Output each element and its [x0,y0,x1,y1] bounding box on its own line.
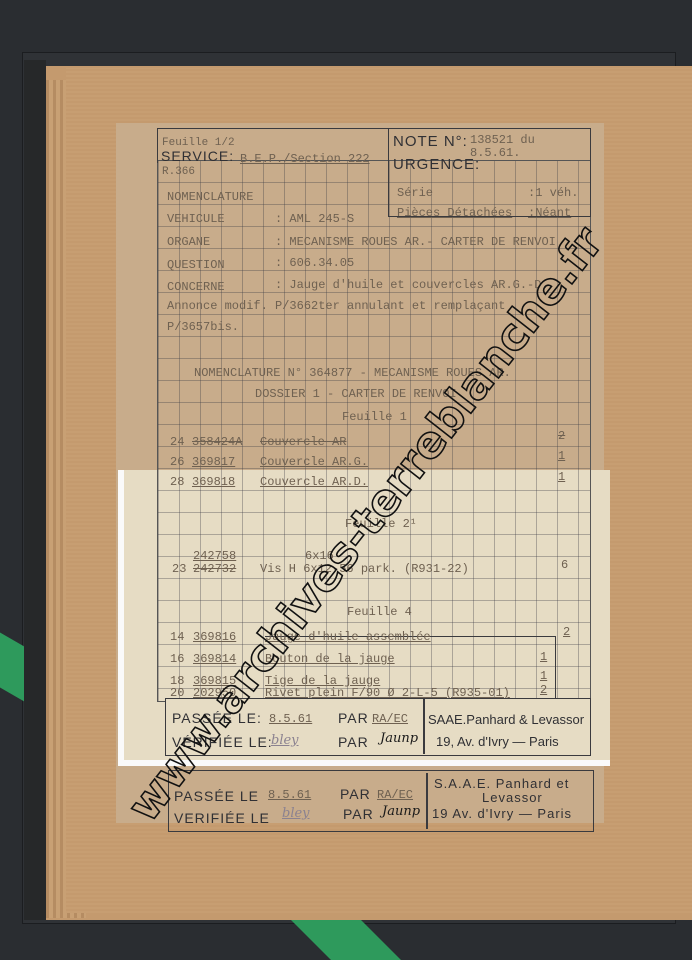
row-pos: 14 [170,630,184,644]
row-pos: 23 [172,562,186,576]
par2-label: PAR [338,734,369,750]
row-pos: 28 [170,475,184,489]
row-qty: 6 [561,558,568,572]
field-label: QUESTION [167,258,225,272]
pieces-label: Pièces Détachées [397,206,512,220]
field-value: : MECANISME ROUES AR.- CARTER DE RENVOI [275,235,556,249]
par-value: RA/EC [372,712,408,726]
service-label: SERVICE: [161,148,234,164]
company-line1: SAAE.Panhard & Levassor [428,712,584,727]
row-qty: 1 [540,650,547,664]
annonce-line2: P/3657bis. [167,320,239,334]
row-desc: Couvercle AR.G. [260,455,368,469]
passee-value: 8.5.61 [269,712,312,726]
company-line3: 19 Av. d'Ivry — Paris [432,806,572,821]
company-line2: Levassor [482,790,543,805]
row-qty: 1 [540,669,547,683]
row-desc: Couvercle AR.D. [260,475,368,489]
field-label: CONCERNE [167,280,225,294]
footer-back-divider [426,773,428,829]
annonce-line1: Annonce modif. P/3662ter annulant et rem… [167,299,505,313]
section-title: Feuille 4 [347,605,412,619]
binder-spine [24,60,46,920]
note-value: 138521 du [470,133,535,147]
row-ref: 369818 [192,475,235,489]
row-pos: 24 [170,435,184,449]
field-label: NOMENCLATURE [167,190,253,204]
row-ref: 242732 [193,562,236,576]
row-ref: 358424A [192,435,242,449]
green-stripe-bottom [289,918,401,960]
verifiee-value: bley [271,733,299,748]
serie-value: :1 véh. [528,186,578,200]
field-label: ORGANE [167,235,210,249]
row-desc: Couvercle AR [260,435,346,449]
serie-label: Série [397,186,433,200]
row-ref: 369816 [193,630,236,644]
row-qty: 1 [558,449,565,463]
row-pos: 26 [170,455,184,469]
row-qty: 1 [558,470,565,484]
field-value: : 606.34.05 [275,256,354,270]
nomenclature-line2: DOSSIER 1 - CARTER DE RENVOI [255,387,457,401]
section-title: Feuille 1 [342,410,407,424]
row-pos: 16 [170,652,184,666]
row-qty: 2 [563,625,570,639]
reference-number: R.366 [162,166,195,178]
verifiee-label: VERIFIÉE LE [174,810,270,826]
urgence-label: URGENCE: [393,156,480,173]
field-label: VEHICULE [167,212,225,226]
field-value: : AML 245-S [275,212,354,226]
company-line1: S.A.A.E. Panhard et [434,776,569,791]
par-label: PAR [338,710,369,726]
company-line2: 19, Av. d'Ivry — Paris [436,734,559,749]
service-value: B.E.P./Section 222 [240,152,370,166]
row-qty: 2 [540,683,547,697]
row-ref: 369817 [192,455,235,469]
row-qty: 2 [558,429,565,443]
par2-label: PAR [343,806,374,822]
par-value: RA/EC [377,788,413,802]
signature: Jaunp [380,731,418,746]
footer-front-divider [423,698,425,754]
passee-value: 8.5.61 [268,788,311,802]
par-label: PAR [340,786,371,802]
row-ref-new: 242758 [193,549,236,563]
signature: Jaunp [382,804,420,819]
note-label: NOTE N°: [393,133,468,150]
field-value: : Jauge d'huile et couvercles AR.G.-D. [275,278,549,292]
verifiee-value: bley [282,806,310,821]
pieces-value: :Néant [528,206,571,220]
